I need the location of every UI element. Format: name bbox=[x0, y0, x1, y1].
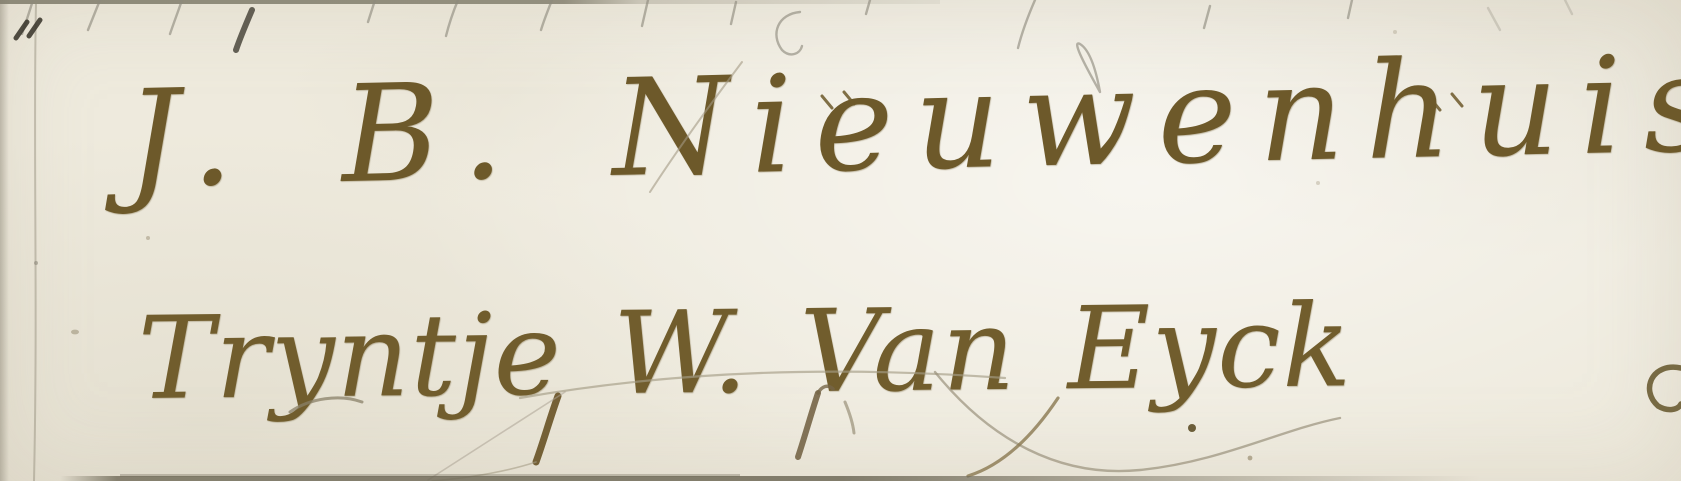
margin-rule-line bbox=[34, 4, 38, 481]
bottom-edge-band bbox=[60, 474, 1480, 481]
lead-in-hairline-stroke bbox=[650, 62, 742, 192]
cutoff-strokes-top bbox=[22, 0, 1572, 92]
cutoff-stroke-top-bold bbox=[236, 10, 252, 50]
cutoff-strokes-bottom bbox=[290, 386, 854, 481]
manuscript-page: J. B. Nieuwenhuis Tryntje W. Van Eyck bbox=[0, 0, 1681, 481]
top-edge-band bbox=[0, 0, 940, 4]
paper-specks bbox=[71, 30, 1397, 334]
flourish-under-arc bbox=[935, 372, 1340, 476]
ink-strokes-overlay bbox=[0, 0, 1681, 481]
signature-tail-hairline bbox=[520, 372, 1005, 398]
right-edge-ink-mark bbox=[1650, 367, 1681, 409]
u-diaeresis-ticks bbox=[822, 92, 1462, 110]
